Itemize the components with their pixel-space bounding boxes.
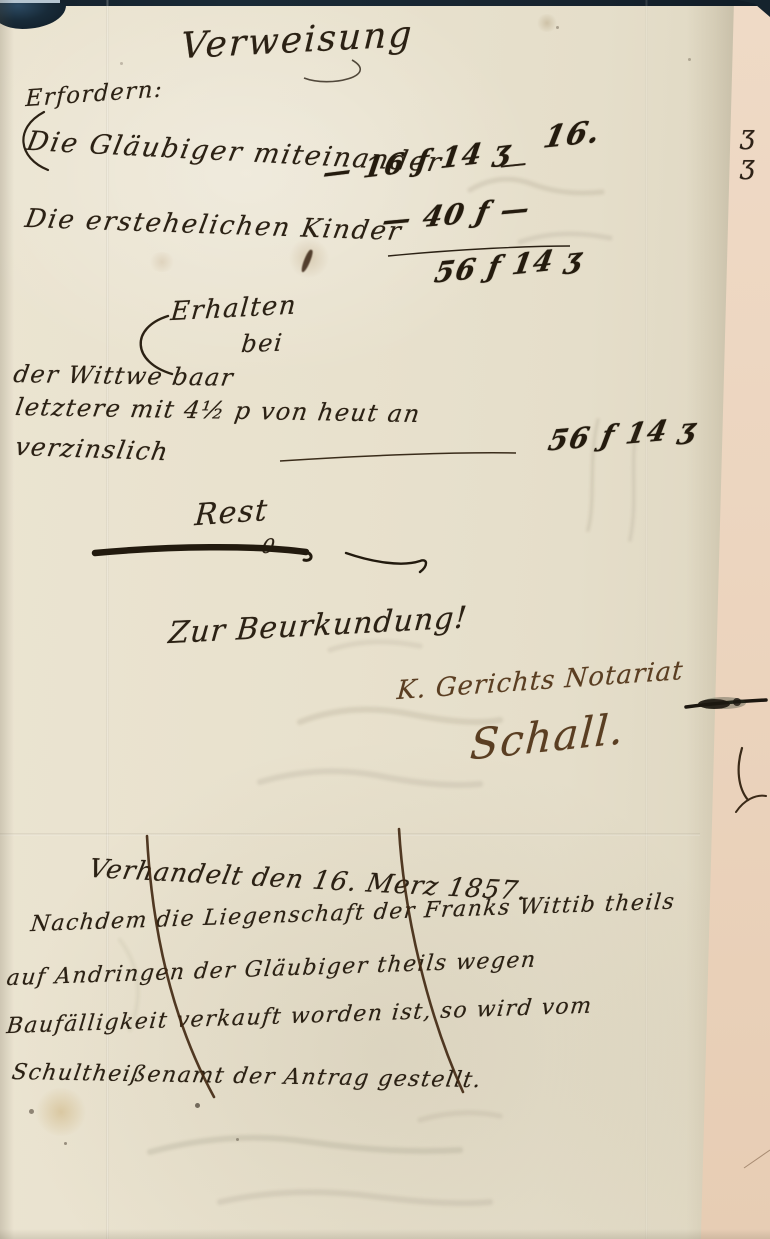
notariat-line: K. Gerichts Notariat bbox=[396, 656, 685, 706]
stain bbox=[148, 252, 176, 272]
received-sub: bei bbox=[240, 329, 285, 359]
hearing-para-line3: Baufälligkeit verkauft worden ist, so wi… bbox=[5, 994, 594, 1040]
verzinslich-dash bbox=[280, 453, 516, 461]
margin-fragment-1: Ʒ bbox=[740, 126, 756, 156]
page-title: Verweisung bbox=[180, 14, 415, 67]
hearing-para-line4: Schultheißenamt der Antrag gestellt. bbox=[10, 1060, 484, 1093]
received-heading: Erhalten bbox=[169, 290, 298, 327]
claims-heading: Erfordern: bbox=[25, 76, 164, 112]
claims-row-children-label: Die erstehelichen Kinder bbox=[23, 204, 405, 247]
stain bbox=[34, 1088, 88, 1136]
fold-crease-vertical-left bbox=[106, 0, 109, 1239]
binding-band bbox=[0, 0, 770, 6]
rest-right-flourish bbox=[346, 553, 426, 572]
amount-16f14: — 16 ƒ 14 ʒ bbox=[321, 133, 514, 190]
amount-creditors: 16. bbox=[540, 114, 604, 156]
hearing-para-line2: auf Andringen der Gläubiger theils wegen bbox=[5, 947, 538, 991]
fold-crease-vertical-right bbox=[645, 0, 648, 1239]
amount-received: 56 ƒ 14 ʒ bbox=[545, 411, 700, 458]
received-line-verzinslich: verzinslich bbox=[13, 432, 172, 466]
page-edge-left bbox=[0, 0, 14, 1239]
rest-dash-hook bbox=[304, 552, 311, 560]
margin-fragment-2: Ʒ bbox=[740, 156, 756, 186]
rest-label: Rest bbox=[194, 493, 270, 533]
received-line-interest: letztere mit 4½ p von heut an bbox=[14, 393, 423, 428]
title-flourish bbox=[304, 60, 360, 82]
received-line-widow: der Wittwe baar bbox=[12, 360, 237, 392]
amount-total: 56 ƒ 14 ʒ bbox=[432, 240, 586, 289]
paper-specks bbox=[0, 0, 3, 3]
signature: Schall. bbox=[469, 704, 627, 770]
certification-line: Zur Beurkundung! bbox=[167, 600, 469, 651]
amount-40f: — 40 ƒ — bbox=[379, 191, 533, 238]
fold-crease-horizontal bbox=[0, 833, 700, 836]
manuscript-page: Verweisung Erfordern: Die Gläubiger mite… bbox=[0, 0, 770, 1239]
rest-value: 0 bbox=[260, 534, 278, 558]
stain bbox=[536, 14, 558, 32]
page-edge-bottom bbox=[0, 1229, 770, 1239]
